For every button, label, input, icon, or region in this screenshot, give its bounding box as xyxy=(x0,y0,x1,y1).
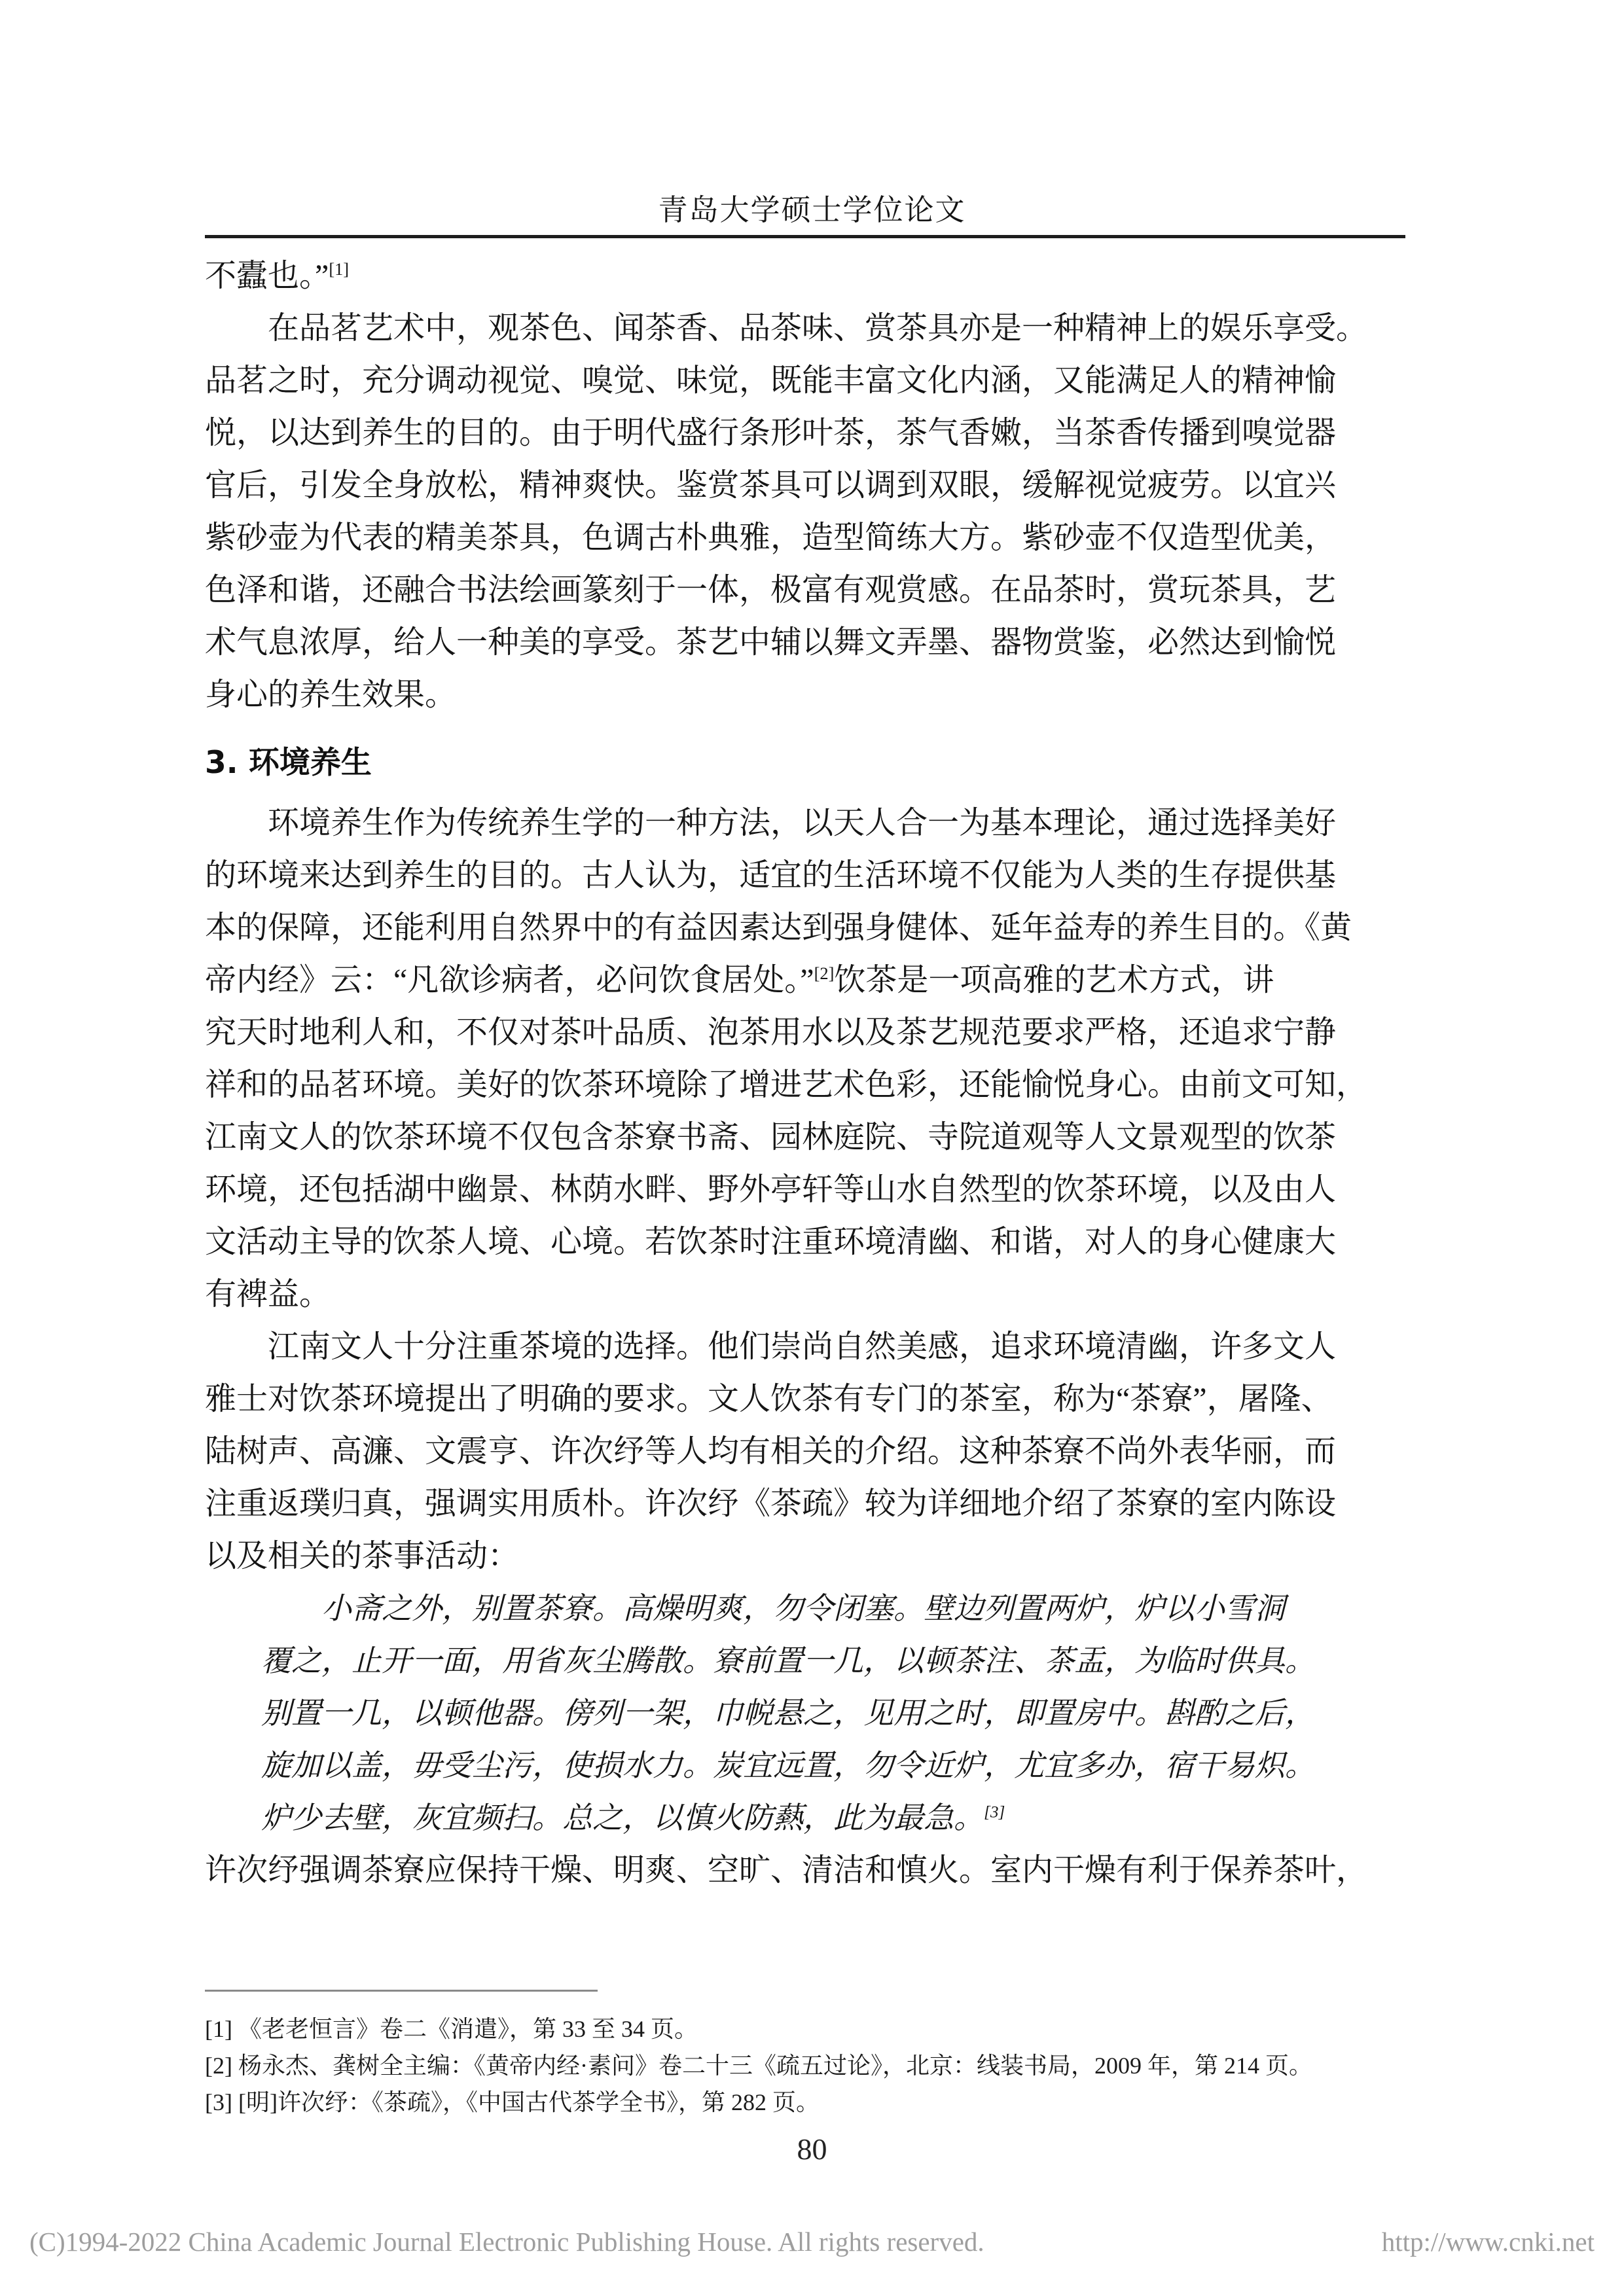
footnote-ref: [1] xyxy=(329,259,349,279)
text-line: [1] 《老老恒言》卷二《消遣》，第 33 至 34 页。 xyxy=(205,2011,1449,2047)
text-line: [2] 杨永杰、龚树全主编：《黄帝内经·素问》卷二十三《疏五过论》，北京：线装书… xyxy=(205,2047,1449,2084)
text-line: 江南文人的饮茶环境不仅包含茶寮书斋、园林庭院、寺院道观等人文景观型的饮茶 xyxy=(205,1111,1409,1164)
text-line: 不蠹也。”[1] xyxy=(205,250,1409,302)
header-rule xyxy=(205,235,1405,238)
carry-over-paragraph: 不蠹也。”[1] xyxy=(205,250,1409,302)
running-header: 青岛大学硕士学位论文 xyxy=(0,194,1624,226)
text-line: 色泽和谐，还融合书法绘画篆刻于一体，极富有观赏感。在品茶时，赏玩茶具，艺 xyxy=(205,564,1409,617)
cnki-footer: (C)1994-2022 China Academic Journal Elec… xyxy=(29,2225,1595,2258)
text-line: 有裨益。 xyxy=(205,1268,1409,1321)
text-line: 术气息浓厚，给人一种美的享受。茶艺中辅以舞文弄墨、器物赏鉴，必然达到愉悦 xyxy=(205,617,1409,669)
text-line: 以及相关的茶事活动： xyxy=(205,1530,1409,1583)
text-line: 旋加以盖，毋受尘污，使损水力。炭宜远置，勿令近炉，尤宜多办，宿干易炽。 xyxy=(261,1740,1409,1792)
text-line: 覆之，止开一面，用省灰尘腾散。寮前置一几，以顿茶注、茶盂，为临时供具。 xyxy=(261,1635,1409,1687)
text-line: 环境，还包括湖中幽景、林荫水畔、野外亭轩等山水自然型的饮茶环境，以及由人 xyxy=(205,1164,1409,1216)
text-line: 祥和的品茗环境。美好的饮茶环境除了增进艺术色彩，还能愉悦身心。由前文可知， xyxy=(205,1059,1409,1111)
footnotes: [1] 《老老恒言》卷二《消遣》，第 33 至 34 页。[2] 杨永杰、龚树全… xyxy=(205,2011,1449,2121)
text-line: 许次纾强调茶寮应保持干燥、明爽、空旷、清洁和慎火。室内干燥有利于保养茶叶， xyxy=(205,1844,1409,1897)
text-line: 在品茗艺术中，观茶色、闻茶香、品茶味、赏茶具亦是一种精神上的娱乐享受。 xyxy=(205,302,1409,355)
text-line: 究天时地利人和，不仅对茶叶品质、泡茶用水以及茶艺规范要求严格，还追求宁静 xyxy=(205,1007,1409,1059)
text-line: 文活动主导的饮茶人境、心境。若饮茶时注重环境清幽、和谐，对人的身心健康大 xyxy=(205,1216,1409,1268)
text-line: 别置一几，以顿他器。傍列一架，巾帨悬之，见用之时，即置房中。斟酌之后， xyxy=(261,1687,1409,1740)
text-line: 注重返璞归真，强调实用质朴。许次纾《茶疏》较为详细地介绍了茶寮的室内陈设 xyxy=(205,1478,1409,1530)
paragraph-tea-setting: 江南文人十分注重茶境的选择。他们崇尚自然美感，追求环境清幽，许多文人雅士对饮茶环… xyxy=(205,1321,1409,1583)
text-line: 本的保障，还能利用自然界中的有益因素达到强身健体、延年益寿的养生目的。《黄 xyxy=(205,902,1409,954)
text-line: 小斋之外，别置茶寮。高燥明爽，勿令闭塞。壁边列置两炉，炉以小雪洞 xyxy=(261,1583,1409,1635)
text-line: 身心的养生效果。 xyxy=(205,669,1409,721)
footnote-separator xyxy=(205,1990,598,1992)
body-text: 不蠹也。”[1] 在品茗艺术中，观茶色、闻茶香、品茶味、赏茶具亦是一种精神上的娱… xyxy=(205,250,1409,1897)
text-line: 帝内经》云：“凡欲诊病者，必问饮食居处。”[2]饮茶是一项高雅的艺术方式，讲 xyxy=(205,954,1409,1007)
thesis-page: 青岛大学硕士学位论文 不蠹也。”[1] 在品茗艺术中，观茶色、闻茶香、品茶味、赏… xyxy=(0,0,1624,2296)
text-line: 炉少去壁，灰宜频扫。总之，以慎火防爇，此为最急。[3] xyxy=(261,1792,1409,1844)
section-heading: 3. 环境养生 xyxy=(205,737,1409,789)
page-number: 80 xyxy=(0,2132,1624,2166)
paragraph-tea-appreciation: 在品茗艺术中，观茶色、闻茶香、品茶味、赏茶具亦是一种精神上的娱乐享受。品茗之时，… xyxy=(205,302,1409,721)
text-line: 官后，引发全身放松，精神爽快。鉴赏茶具可以调到双眼，缓解视觉疲劳。以宜兴 xyxy=(205,459,1409,512)
cnki-url: http://www.cnki.net xyxy=(1382,2225,1595,2258)
paragraph-environment-regimen: 环境养生作为传统养生学的一种方法，以天人合一为基本理论，通过选择美好的环境来达到… xyxy=(205,797,1409,1321)
text-line: 雅士对饮茶环境提出了明确的要求。文人饮茶有专门的茶室，称为“茶寮”，屠隆、 xyxy=(205,1373,1409,1426)
text-line: 陆树声、高濂、文震亨、许次纾等人均有相关的介绍。这种茶寮不尚外表华丽，而 xyxy=(205,1426,1409,1478)
text-line: [3] [明]许次纾：《茶疏》，《中国古代茶学全书》，第 282 页。 xyxy=(205,2084,1449,2121)
text-line: 品茗之时，充分调动视觉、嗅觉、味觉，既能丰富文化内涵，又能满足人的精神愉 xyxy=(205,355,1409,407)
text-line: 的环境来达到养生的目的。古人认为，适宜的生活环境不仅能为人类的生存提供基 xyxy=(205,850,1409,902)
paragraph-after-quote: 许次纾强调茶寮应保持干燥、明爽、空旷、清洁和慎火。室内干燥有利于保养茶叶， xyxy=(205,1844,1409,1897)
text-line: 悦，以达到养生的目的。由于明代盛行条形叶茶，茶气香嫩，当茶香传播到嗅觉器 xyxy=(205,407,1409,459)
text-line: 江南文人十分注重茶境的选择。他们崇尚自然美感，追求环境清幽，许多文人 xyxy=(205,1321,1409,1373)
text-line: 环境养生作为传统养生学的一种方法，以天人合一为基本理论，通过选择美好 xyxy=(205,797,1409,850)
block-quote-chashu: 小斋之外，别置茶寮。高燥明爽，勿令闭塞。壁边列置两炉，炉以小雪洞覆之，止开一面，… xyxy=(261,1583,1409,1844)
footnote-ref: [2] xyxy=(814,963,835,983)
copyright-notice: (C)1994-2022 China Academic Journal Elec… xyxy=(29,2225,984,2258)
text-line: 紫砂壶为代表的精美茶具，色调古朴典雅，造型简练大方。紫砂壶不仅造型优美， xyxy=(205,512,1409,564)
footnote-ref: [3] xyxy=(984,1803,1005,1821)
